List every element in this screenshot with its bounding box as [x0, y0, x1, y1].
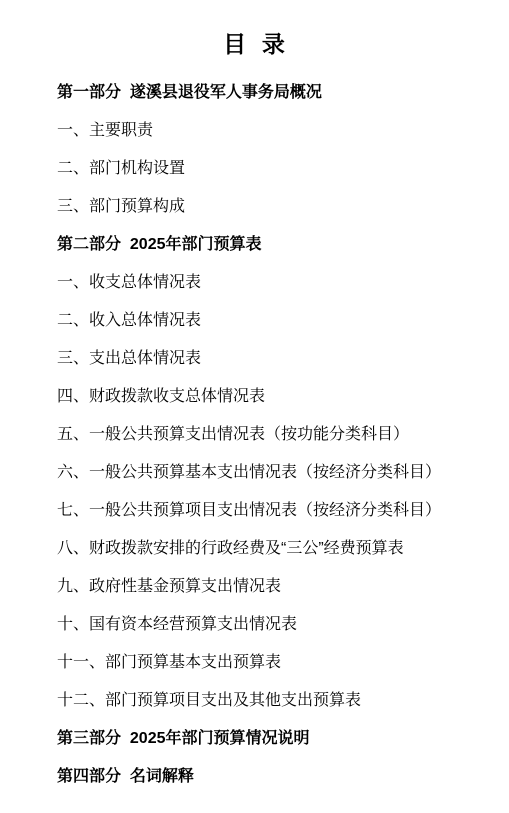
toc-entry: 一、主要职责: [57, 112, 509, 150]
toc-section-heading: 第二部分 2025年部门预算表: [57, 226, 509, 264]
toc-entry: 五、一般公共预算支出情况表（按功能分类科目）: [57, 416, 509, 454]
toc-title: 目 录: [0, 33, 509, 56]
toc-entry: 八、财政拨款安排的行政经费及“三公”经费预算表: [57, 530, 509, 568]
toc-section-heading: 第一部分 遂溪县退役军人事务局概况: [57, 74, 509, 112]
toc-entry: 三、支出总体情况表: [57, 340, 509, 378]
toc-section-heading: 第四部分 名词解释: [57, 758, 509, 796]
toc-entry: 九、政府性基金预算支出情况表: [57, 568, 509, 606]
toc-entry: 一、收支总体情况表: [57, 264, 509, 302]
document-page: 目 录 第一部分 遂溪县退役军人事务局概况一、主要职责二、部门机构设置三、部门预…: [0, 0, 509, 813]
toc-entry: 十一、部门预算基本支出预算表: [57, 644, 509, 682]
toc-entry: 十、国有资本经营预算支出情况表: [57, 606, 509, 644]
toc-entry: 六、一般公共预算基本支出情况表（按经济分类科目）: [57, 454, 509, 492]
toc-entry: 七、一般公共预算项目支出情况表（按经济分类科目）: [57, 492, 509, 530]
toc-entry: 二、收入总体情况表: [57, 302, 509, 340]
toc-entry: 二、部门机构设置: [57, 150, 509, 188]
toc-entry: 四、财政拨款收支总体情况表: [57, 378, 509, 416]
toc-section-heading: 第三部分 2025年部门预算情况说明: [57, 720, 509, 758]
toc-list: 第一部分 遂溪县退役军人事务局概况一、主要职责二、部门机构设置三、部门预算构成第…: [57, 74, 509, 796]
toc-entry: 三、部门预算构成: [57, 188, 509, 226]
toc-entry: 十二、部门预算项目支出及其他支出预算表: [57, 682, 509, 720]
